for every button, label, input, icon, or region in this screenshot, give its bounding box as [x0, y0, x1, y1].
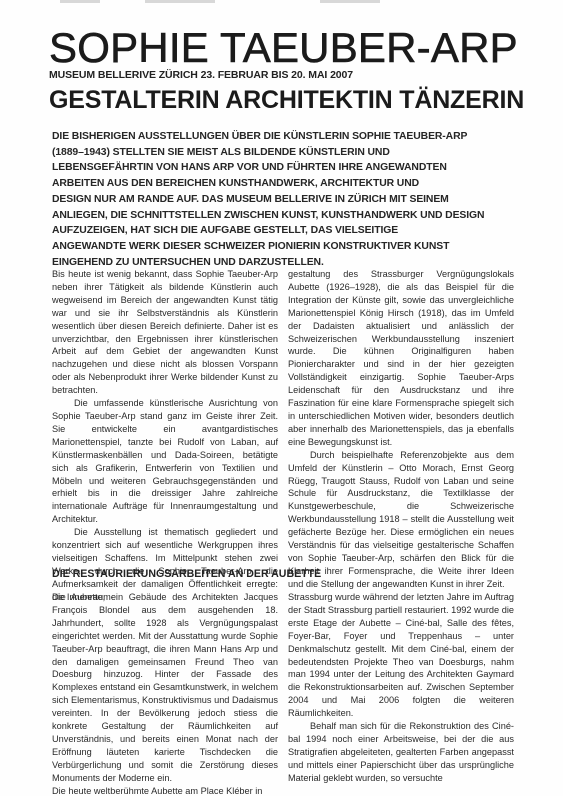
section2-column-right: Strassburg wurde während der letzten Jah…: [288, 591, 514, 785]
lead-line: DIE BISHERIGEN AUSSTELLUNGEN ÜBER DIE KÜ…: [52, 129, 512, 145]
lead-line: LEBENSGEFÄHRTIN VON HANS ARP VOR UND FÜH…: [52, 160, 512, 176]
document-page: SOPHIE TAEUBER-ARP MUSEUM BELLERIVE ZÜRI…: [0, 0, 563, 796]
document-title: SOPHIE TAEUBER-ARP: [49, 26, 529, 70]
scan-edge-mark: [60, 0, 100, 3]
lead-paragraph: DIE BISHERIGEN AUSSTELLUNGEN ÜBER DIE KÜ…: [52, 129, 512, 270]
body-paragraph: Strassburg wurde während der letzten Jah…: [288, 591, 514, 720]
body-paragraph: Die heute weltberühmte Aubette am Place …: [52, 785, 278, 796]
scan-edge-mark: [320, 0, 380, 3]
lead-line: ANLIEGEN, DIE SCHNITTSTELLEN ZWISCHEN KU…: [52, 208, 512, 224]
scan-edge-mark: [145, 0, 215, 3]
lead-line: DESIGN NUR AM RANDE AUF. DAS MUSEUM BELL…: [52, 192, 512, 208]
body-paragraph: Die umfassende künstlerische Ausrichtung…: [52, 397, 278, 526]
body-paragraph: Behalf man sich für die Rekonstruktion d…: [288, 720, 514, 785]
section-heading: DIE RESTAURIERUNGSARBEITEN AN DER AUBETT…: [52, 568, 522, 581]
body-paragraph: gestaltung des Strassburger Vergnügungsl…: [288, 268, 514, 449]
body-paragraph: Die Aubette, ein Gebäude des Architekten…: [52, 591, 278, 785]
lead-line: AUFZUZEIGEN, HAT SICH DIE AUFGABE GESTEL…: [52, 223, 512, 239]
lead-line: ARBEITEN AUS DEN BEREICHEN KUNSTHANDWERK…: [52, 176, 512, 192]
body-paragraph: Bis heute ist wenig bekannt, dass Sophie…: [52, 268, 278, 397]
lead-line: (1889–1943) STELLTEN SIE MEIST ALS BILDE…: [52, 145, 512, 161]
exhibition-venue-dates: MUSEUM BELLERIVE ZÜRICH 23. FEBRUAR BIS …: [49, 69, 529, 81]
section2-column-left: Die Aubette, ein Gebäude des Architekten…: [52, 591, 278, 796]
section1-column-left: Bis heute ist wenig bekannt, dass Sophie…: [52, 268, 278, 604]
document-subheading: GESTALTERIN ARCHITEKTIN TÄNZERIN: [49, 86, 529, 114]
lead-line: ANGEWANDTE WERK DIESER SCHWEIZER PIONIER…: [52, 239, 512, 255]
section1-column-right: gestaltung des Strassburger Vergnügungsl…: [288, 268, 514, 591]
